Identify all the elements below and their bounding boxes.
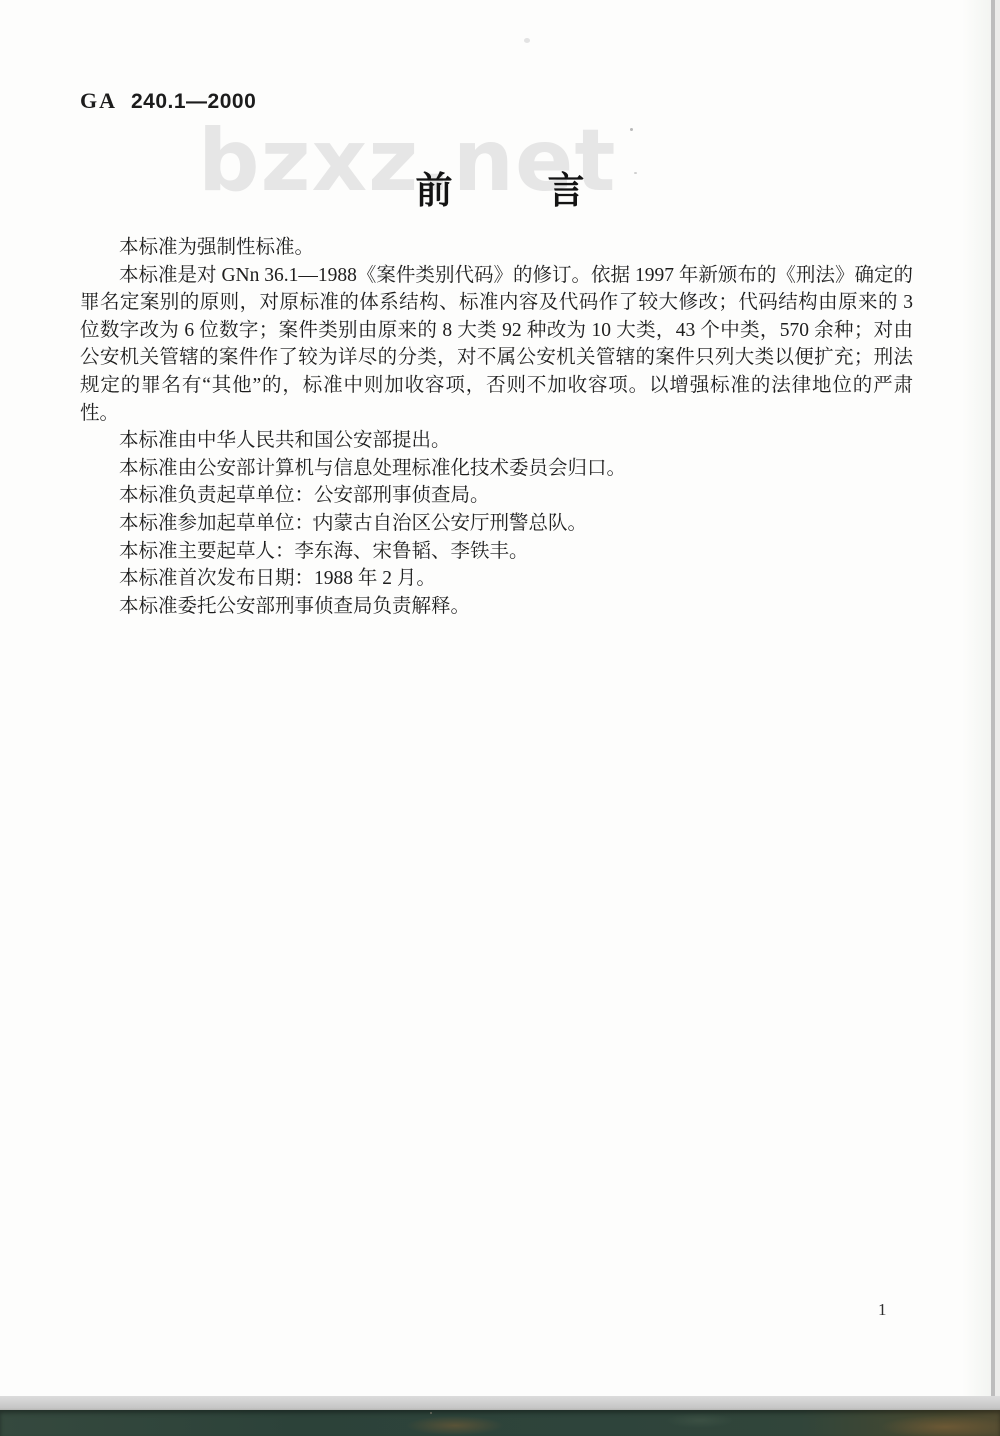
scan-speck <box>524 38 530 43</box>
standard-code-prefix: GA <box>80 88 117 113</box>
paragraph: 本标准由公安部计算机与信息处理标准化技术委员会归口。 <box>80 455 913 483</box>
page-title: 前 言 <box>0 160 1000 214</box>
title-char-qian: 前 <box>416 160 453 214</box>
paragraph: 本标准委托公安部刑事侦查局负责解释。 <box>80 593 913 621</box>
scan-speck <box>313 518 316 521</box>
scan-speck <box>630 128 633 131</box>
paragraph: 本标准是对 GNn 36.1—1988《案件类别代码》的修订。依据 1997 年… <box>80 262 913 428</box>
paragraph: 本标准由中华人民共和国公安部提出。 <box>80 427 913 455</box>
scan-bottom-gray-strip <box>0 1396 1000 1410</box>
scan-bottom-dark-strip <box>0 1410 1000 1436</box>
paragraph: 本标准为强制性标准。 <box>80 234 913 262</box>
paragraph: 本标准负责起草单位：公安部刑事侦查局。 <box>80 482 913 510</box>
title-char-yan: 言 <box>548 160 585 214</box>
paragraph: 本标准主要起草人：李东海、宋鲁韬、李铁丰。 <box>80 538 913 566</box>
paragraph: 本标准参加起草单位：内蒙古自治区公安厅刑警总队。 <box>80 510 913 538</box>
paragraph: 本标准首次发布日期：1988 年 2 月。 <box>80 565 913 593</box>
document-page: GA 240.1—2000 bzxz.net 前 言 本标准为强制性标准。 本标… <box>0 0 1000 1436</box>
scan-speck <box>430 1412 432 1414</box>
standard-code-number: 240.1—2000 <box>131 90 256 113</box>
document-body: 本标准为强制性标准。 本标准是对 GNn 36.1—1988《案件类别代码》的修… <box>80 234 913 620</box>
page-number: 1 <box>878 1300 887 1320</box>
scan-speck <box>634 172 637 174</box>
